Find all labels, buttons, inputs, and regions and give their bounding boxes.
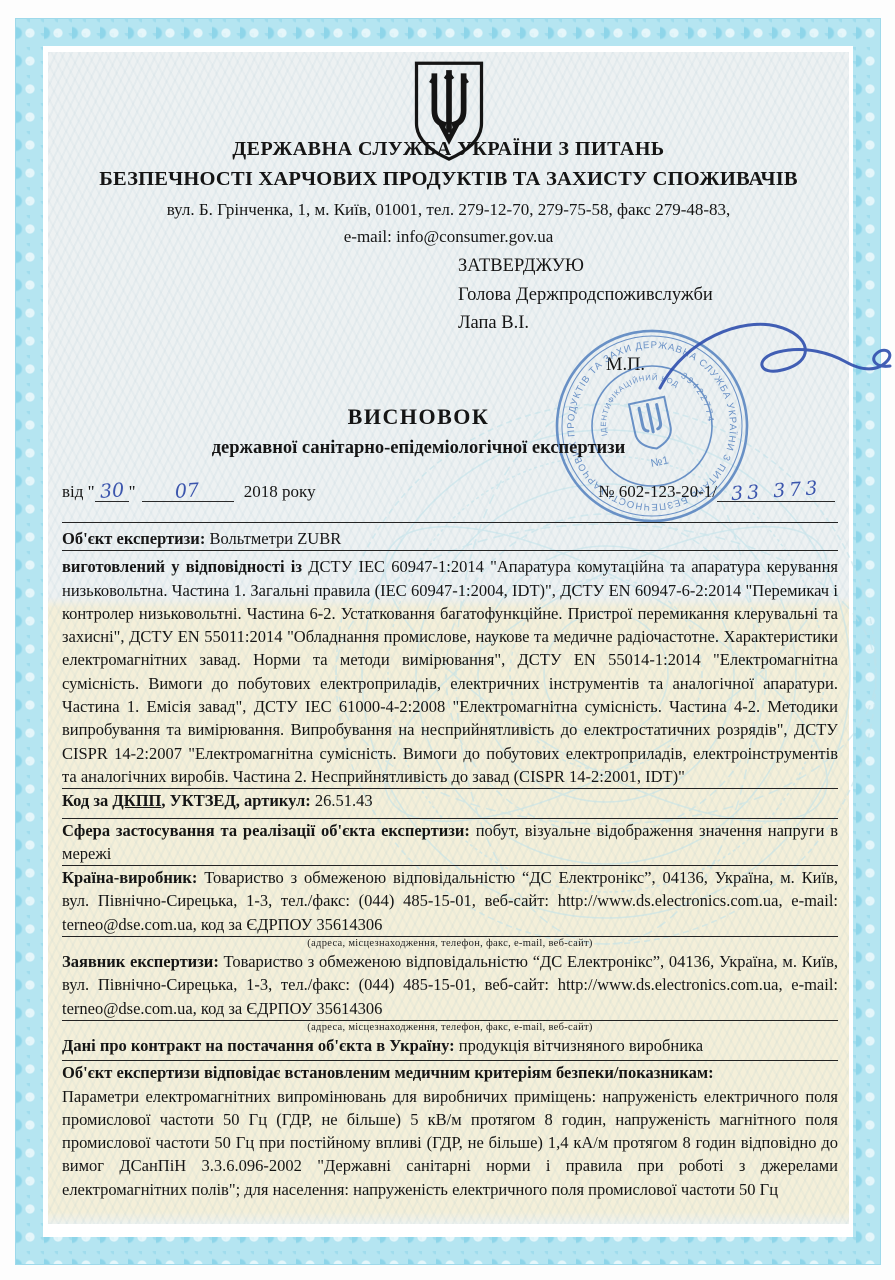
standards-text: ДСТУ IEC 60947-1:2014 "Апаратура комутац… bbox=[62, 557, 838, 786]
contract-value: продукція вітчизняного виробника bbox=[459, 1036, 703, 1055]
date-day-blank: 30 bbox=[95, 482, 129, 502]
manufacturer-label: Країна-виробник: bbox=[62, 868, 197, 887]
conformity-heading: Об'єкт експертизи відповідає встановлени… bbox=[62, 1061, 838, 1084]
document-paper: ДЕРЖАВНА СЛУЖБА УКРАЇНИ З ПИТАНЬ БЕЗПЕЧН… bbox=[48, 52, 849, 1224]
seal-place-mark: М.П. bbox=[606, 355, 645, 376]
object-label: Об'єкт експертизи: bbox=[62, 529, 205, 548]
code-line: Код за ДКПП, УКТЗЕД, артикул: 26.51.43 bbox=[62, 789, 838, 812]
document-title-block: ВИСНОВОК державної санітарно-епідеміолог… bbox=[48, 404, 789, 459]
applicant-paragraph: Заявник експертизи: Товариство з обмежен… bbox=[62, 950, 838, 1020]
object-value: Вольтметри ZUBR bbox=[209, 529, 341, 548]
manufacturer-paragraph: Країна-виробник: Товариство з обмеженою … bbox=[62, 866, 838, 936]
handwritten-month: 07 bbox=[175, 481, 200, 502]
org-name-line1: ДЕРЖАВНА СЛУЖБА УКРАЇНИ З ПИТАНЬ bbox=[48, 134, 849, 164]
certificate-page: ДЕРЖАВНА СЛУЖБА УКРАЇНИ З ПИТАНЬ БЕЗПЕЧН… bbox=[0, 0, 895, 1280]
standards-paragraph: виготовлений у відповідності із ДСТУ IEC… bbox=[62, 551, 838, 788]
approver-position: Голова Держпродспоживслужби bbox=[458, 281, 713, 310]
handwritten-day: 30 bbox=[99, 481, 124, 502]
applicant-caption: (адреса, місцезнаходження, телефон, факс… bbox=[62, 1021, 838, 1034]
standards-lead: виготовлений у відповідності із bbox=[62, 557, 302, 576]
issuing-authority-header: ДЕРЖАВНА СЛУЖБА УКРАЇНИ З ПИТАНЬ БЕЗПЕЧН… bbox=[48, 134, 849, 250]
approver-name: Лапа В.І. bbox=[458, 309, 713, 338]
contract-label: Дані про контракт на постачання об'єкта … bbox=[62, 1036, 455, 1055]
number-right: № 602-123-20-1/33 373 bbox=[598, 482, 835, 502]
org-address: вул. Б. Грінченка, 1, м. Київ, 01001, те… bbox=[48, 197, 849, 223]
number-label: № 602-123-20-1/ bbox=[598, 482, 717, 501]
handwritten-number: 33 373 bbox=[730, 479, 822, 504]
conformity-body: Параметри електромагнітних випромінювань… bbox=[62, 1085, 838, 1201]
org-email: e-mail: info@consumer.gov.ua bbox=[48, 224, 849, 250]
scope-label: Сфера застосування та реалізації об'єкта… bbox=[62, 821, 470, 840]
date-left: від "30"07 2018 року bbox=[62, 482, 316, 502]
object-line: Об'єкт експертизи: Вольтметри ZUBR bbox=[62, 523, 838, 550]
code-label-1: Код за bbox=[62, 791, 112, 810]
date-quote: " bbox=[129, 482, 136, 501]
date-number-row: від "30"07 2018 року № 602-123-20-1/33 3… bbox=[62, 482, 835, 502]
approval-block: ЗАТВЕРДЖУЮ Голова Держпродспоживслужби Л… bbox=[458, 252, 713, 338]
applicant-label: Заявник експертизи: bbox=[62, 952, 219, 971]
code-label-2: , УКТЗЕД, артикул: bbox=[161, 791, 310, 810]
scope-paragraph: Сфера застосування та реалізації об'єкта… bbox=[62, 819, 838, 866]
date-month-blank: 07 bbox=[142, 482, 234, 502]
code-label-dkpp: ДКПП bbox=[112, 791, 161, 810]
manufacturer-caption: (адреса, місцезнаходження, телефон, факс… bbox=[62, 937, 838, 950]
date-year: 2018 року bbox=[244, 482, 316, 501]
sections: Об'єкт експертизи: Вольтметри ZUBR вигот… bbox=[62, 522, 838, 1224]
contract-line: Дані про контракт на постачання об'єкта … bbox=[62, 1034, 838, 1057]
org-name-line2: БЕЗПЕЧНОСТІ ХАРЧОВИХ ПРОДУКТІВ ТА ЗАХИСТ… bbox=[48, 164, 849, 195]
number-blank: 33 373 bbox=[717, 482, 835, 502]
approve-word: ЗАТВЕРДЖУЮ bbox=[458, 252, 713, 281]
title-subtitle: державної санітарно-епідеміологічної екс… bbox=[48, 438, 789, 459]
code-value: 26.51.43 bbox=[315, 791, 373, 810]
date-prefix: від " bbox=[62, 482, 95, 501]
title-main: ВИСНОВОК bbox=[48, 404, 789, 430]
